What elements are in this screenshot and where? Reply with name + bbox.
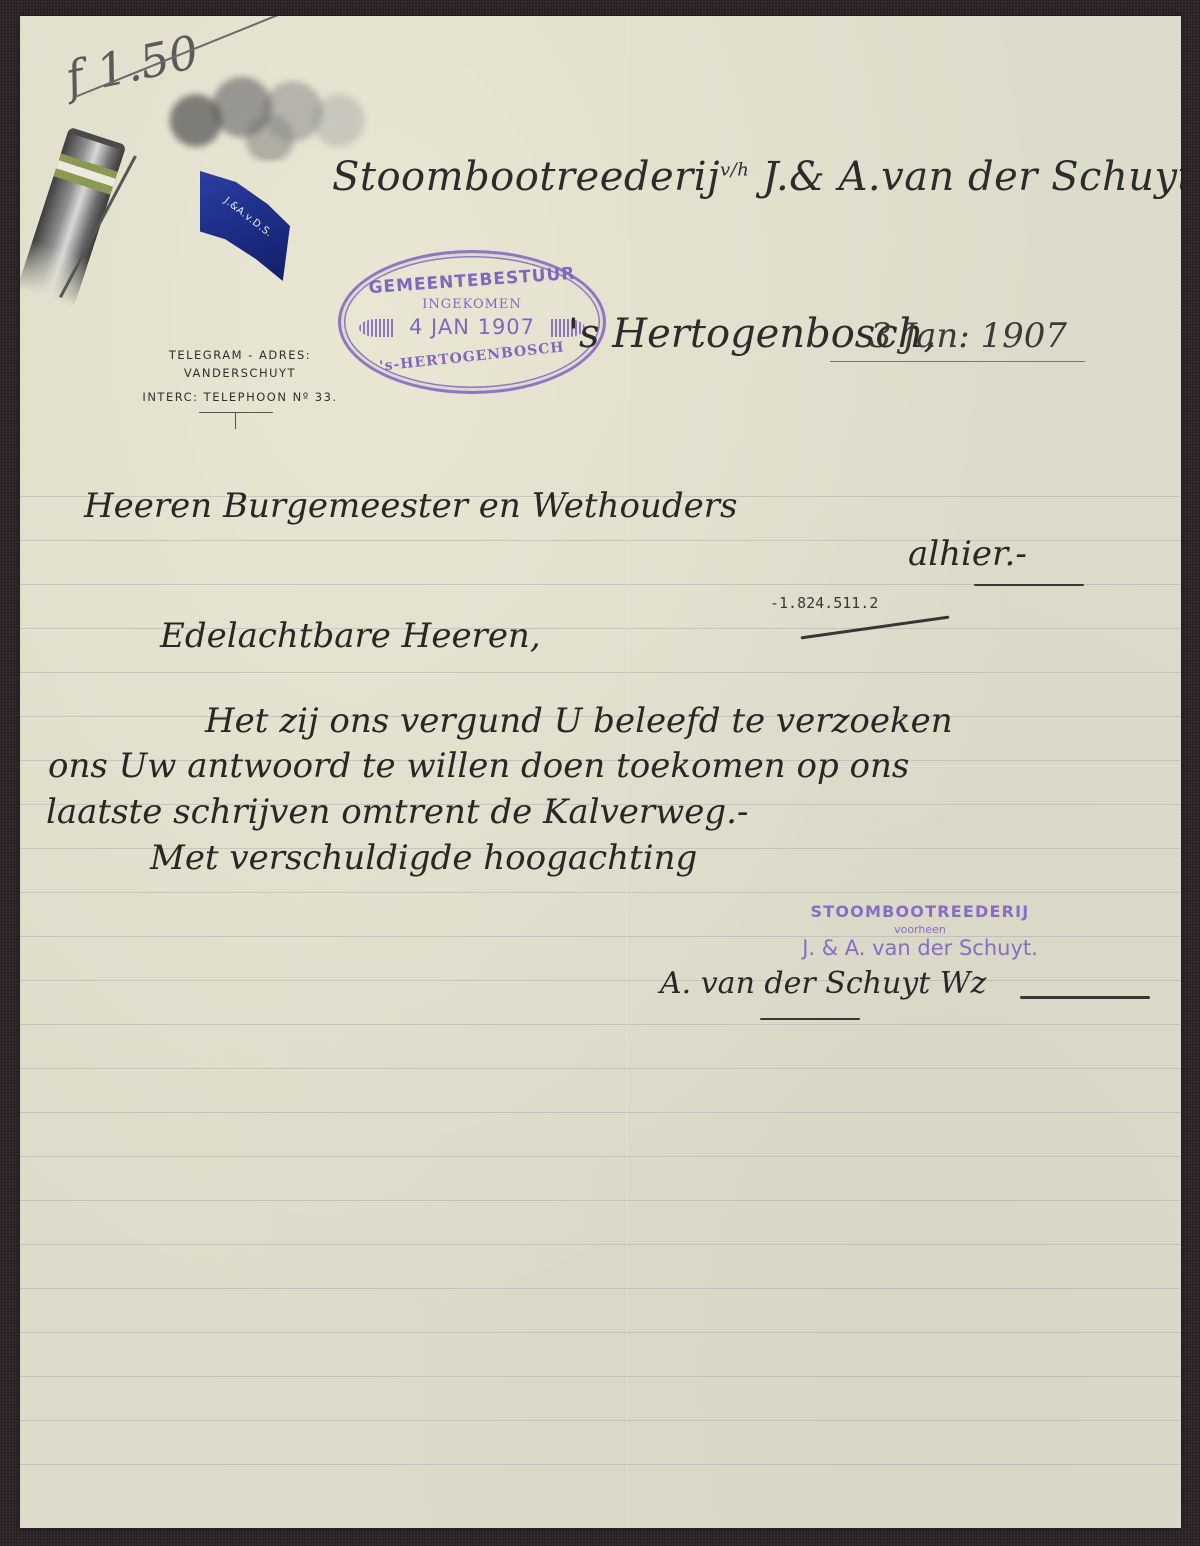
stamp-city: 's-HERTOGENBOSCH — [341, 335, 603, 378]
signature-underline — [760, 1018, 860, 1020]
closing: Met verschuldigde hoogachting — [150, 838, 697, 878]
salutation: Edelachtbare Heeren, — [160, 616, 541, 656]
ruled-line — [20, 1200, 1181, 1201]
addressee-location: alhier.- — [908, 534, 1027, 574]
date-underline — [830, 361, 1085, 362]
body-line-1: Het zij ons vergund U beleefd te verzoek… — [205, 701, 953, 741]
signature-stamp-formerly: voorheen — [740, 923, 1100, 936]
funnel-rim — [64, 122, 132, 153]
signature-flourish — [1020, 996, 1150, 999]
telegram-label: TELEGRAM - ADRES: — [120, 346, 360, 364]
steamship-funnel-icon — [20, 127, 127, 307]
received-stamp: GEMEENTEBESTUUR INGEKOMEN 4 JAN 1907 's-… — [338, 250, 606, 394]
signature-stamp-name: J. & A. van der Schuyt. — [740, 936, 1100, 960]
telegram-value: VANDERSCHUYT — [120, 364, 360, 382]
body-line-2: ons Uw antwoord te willen doen toekomen … — [48, 746, 909, 786]
smoke-illustration — [150, 71, 380, 161]
flag-text: J.&A.v.D.S. — [222, 195, 274, 239]
company-name-rest: J.& A.van der Schuyt — [763, 154, 1181, 200]
ruled-line — [20, 1156, 1181, 1157]
body-line-3: laatste schrijven omtrent de Kalverweg.- — [46, 792, 748, 832]
company-name-sup: v/h — [720, 160, 749, 181]
ruled-line — [20, 1464, 1181, 1465]
pennant-flag-icon: J.&A.v.D.S. — [200, 171, 290, 281]
ruled-line — [20, 892, 1181, 893]
ornament-divider-icon — [199, 412, 273, 429]
funnel-band — [53, 153, 117, 194]
location-underline — [974, 584, 1084, 586]
ruled-line — [20, 1288, 1181, 1289]
letter-date: 3 Jan: 1907 — [870, 316, 1067, 356]
ruled-line — [20, 672, 1181, 673]
ruled-line — [20, 1332, 1181, 1333]
ruled-line — [20, 980, 1181, 981]
ruled-line — [20, 1376, 1181, 1377]
ruled-line — [20, 1024, 1181, 1025]
company-name-main: Stoombootreederij — [332, 154, 720, 200]
telegram-address: TELEGRAM - ADRES: VANDERSCHUYT INTERC: T… — [120, 346, 360, 406]
reference-number: -1.824.511.2 — [770, 594, 878, 612]
addressee: Heeren Burgemeester en Wethouders — [84, 486, 737, 526]
ruled-line — [20, 1112, 1181, 1113]
signature-stamp-company: STOOMBOOTREEDERIJ — [740, 902, 1100, 921]
ruled-line — [20, 1244, 1181, 1245]
ruled-line — [20, 1068, 1181, 1069]
stamp-status: INGEKOMEN — [341, 297, 603, 312]
telephone-number: INTERC: TELEPHOON Nº 33. — [120, 388, 360, 406]
company-signature-stamp: STOOMBOOTREEDERIJ voorheen J. & A. van d… — [740, 902, 1100, 960]
letter-paper: J.&A.v.D.S. f 1.50 Stoombootreederijv/h … — [20, 16, 1181, 1528]
stamp-authority: GEMEENTEBESTUUR — [341, 262, 604, 300]
company-name: Stoombootreederijv/h J.& A.van der Schuy… — [332, 154, 1181, 200]
ruled-line — [20, 1420, 1181, 1421]
handwritten-signature: A. van der Schuyt Wz — [660, 966, 986, 1001]
